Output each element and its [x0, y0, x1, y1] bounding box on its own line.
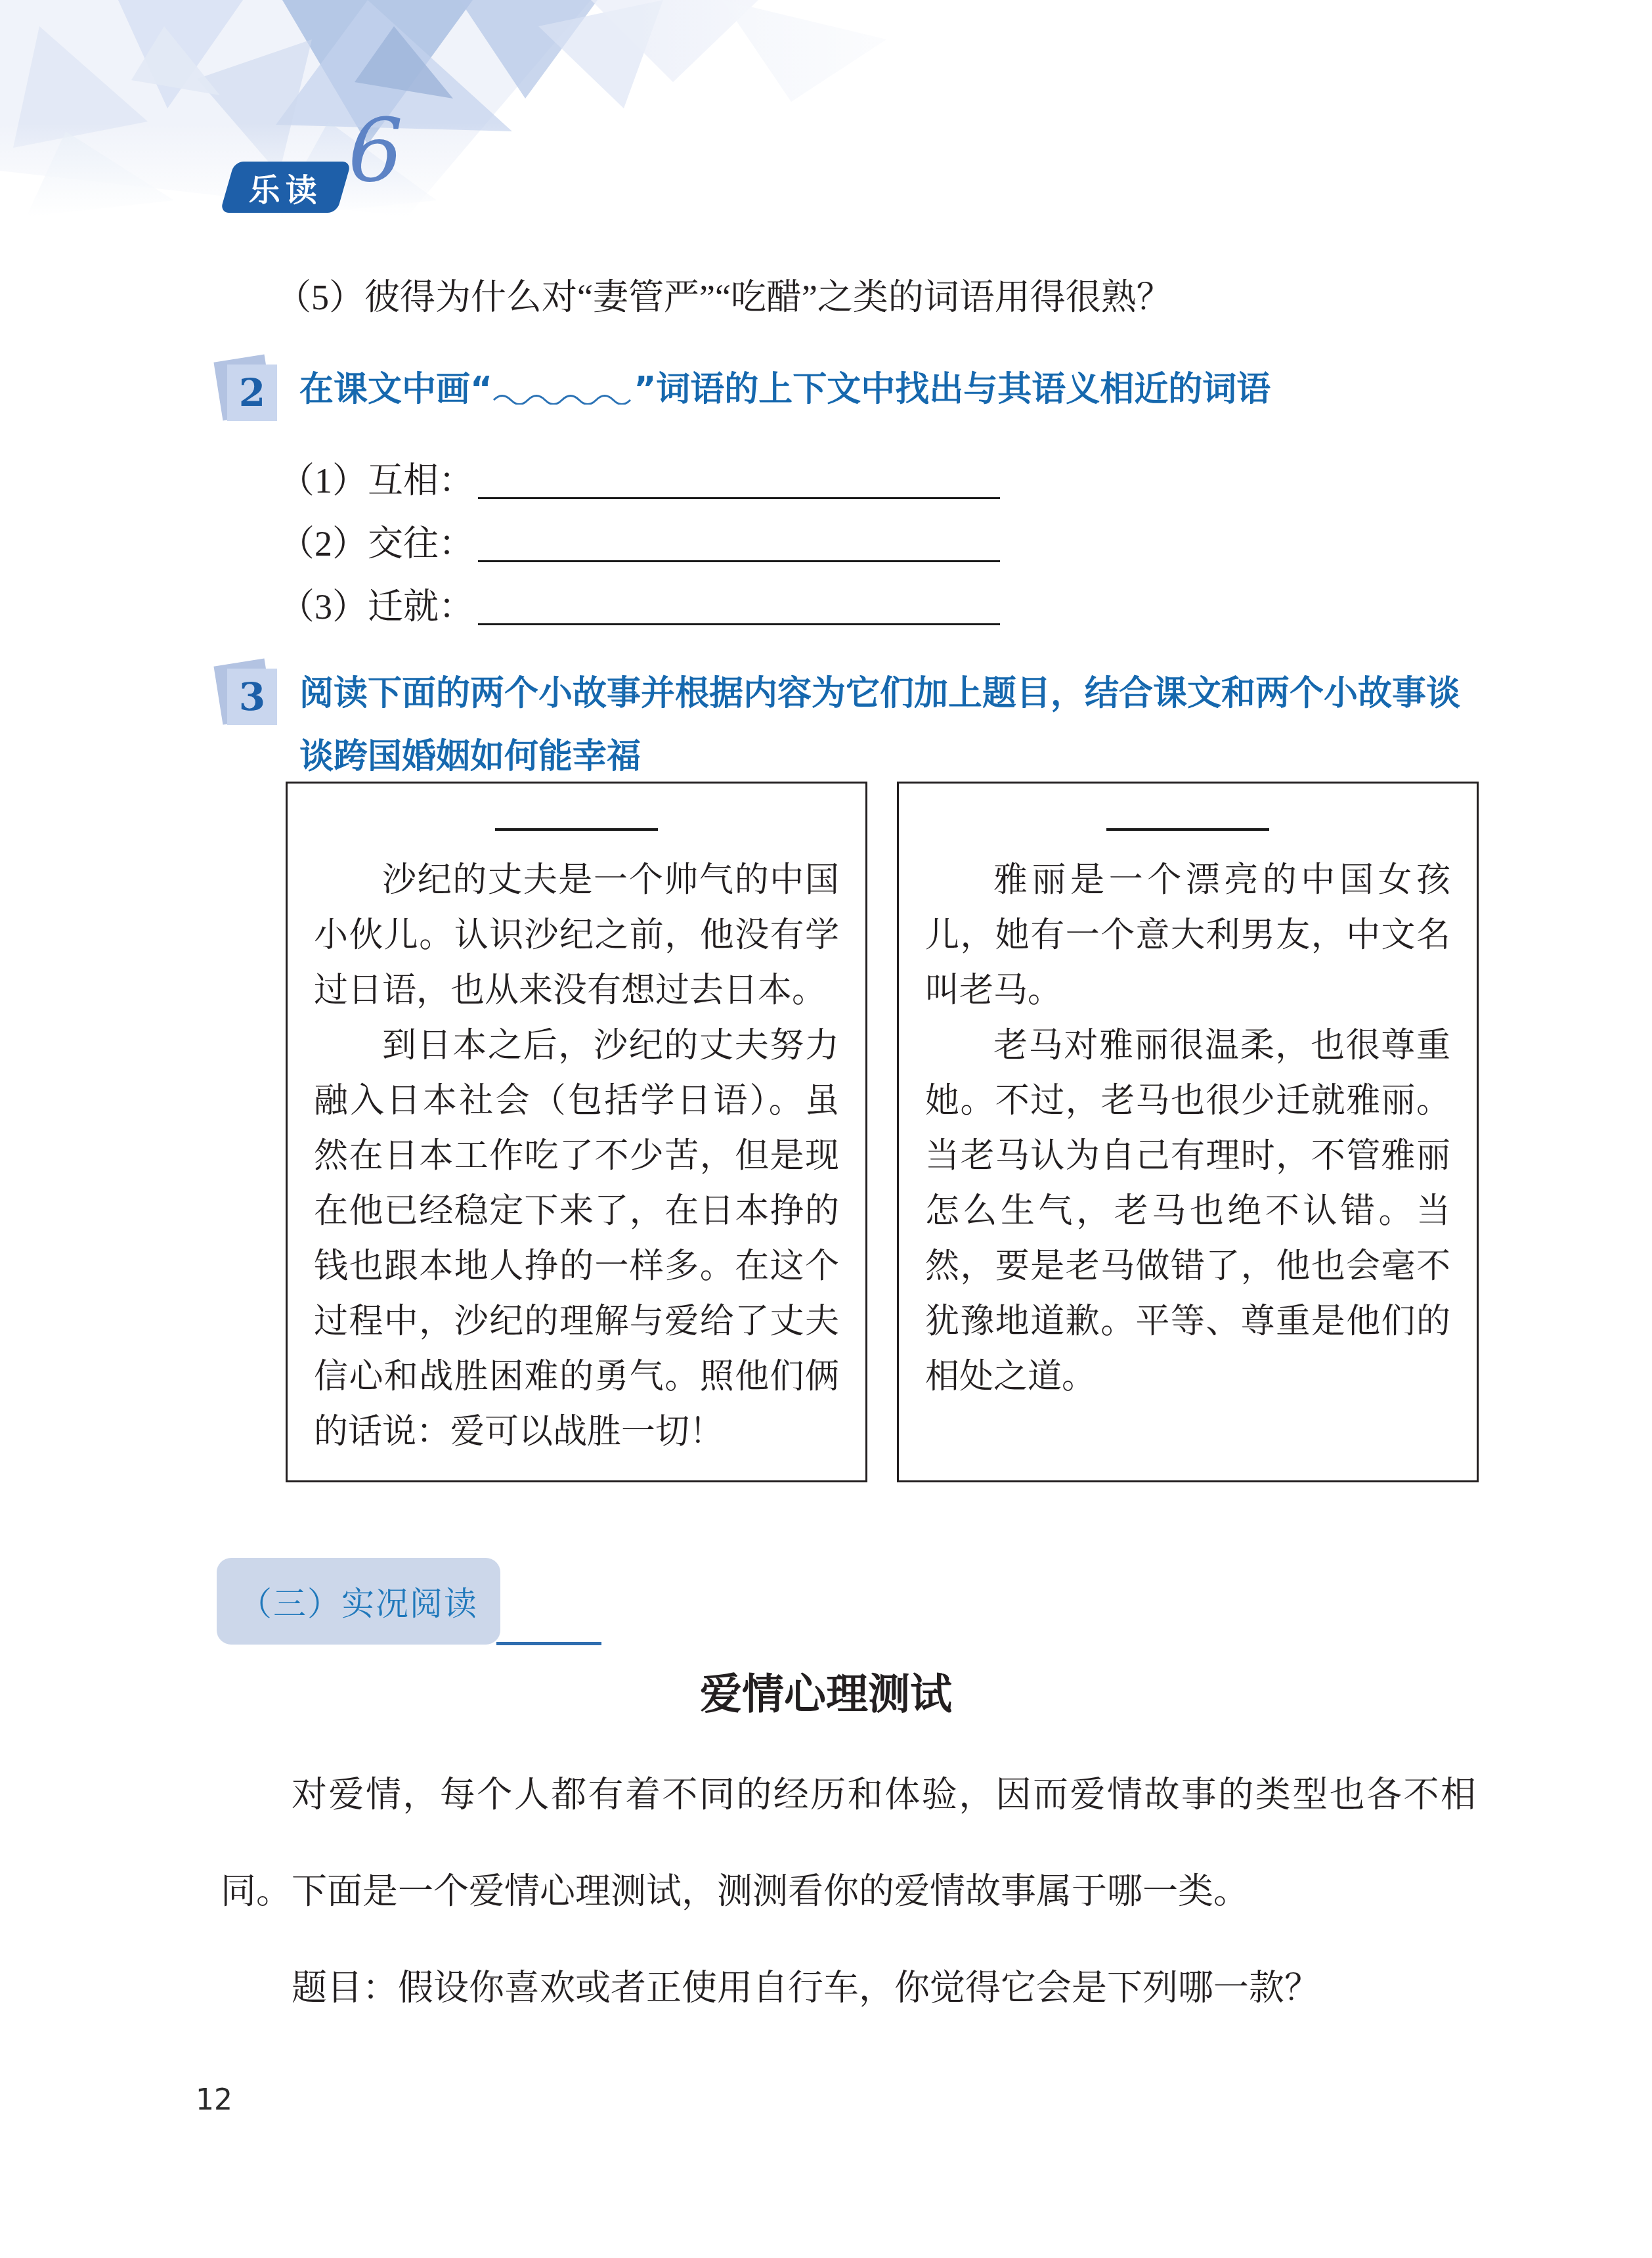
answer-blank-line-2 — [478, 560, 1000, 562]
section-3-heading: 阅读下面的两个小故事并根据内容为它们加上题目，结合课文和两个小故事谈 谈跨国婚姻… — [299, 662, 1460, 788]
question-5: （5）彼得为什么对“妻管严”“吃醋”之类的词语用得很熟？ — [276, 276, 1172, 319]
story-box-right: 雅丽是一个漂亮的中国女孩儿，她有一个意大利男友，中文名叫老马。 老马对雅丽很温柔… — [897, 782, 1479, 1482]
section-3-heading-line2: 谈跨国婚姻如何能幸福 — [299, 725, 1460, 788]
story-boxes: 沙纪的丈夫是一个帅气的中国小伙儿。认识沙纪之前，他没有学过日语，也从来没有想过去… — [286, 782, 1479, 1482]
series-logo: 乐读 6 — [222, 110, 498, 222]
section-3-number: 3 — [239, 675, 265, 719]
section-2-heading-pre: 在课文中画“ — [299, 370, 492, 409]
textbook-page: 乐读 6 （5）彼得为什么对“妻管严”“吃醋”之类的词语用得很熟？ 2 在课文中… — [0, 0, 1652, 2258]
section-2-heading-post: ”词语的上下文中找出与其语义相近的词语 — [634, 370, 1271, 409]
answer-blank-line-3 — [478, 623, 1000, 625]
wavy-underline-blank — [492, 362, 634, 425]
page-number: 12 — [196, 2083, 232, 2117]
fill-in-row-2: （2）交往： — [279, 504, 1000, 567]
story-box-left: 沙纪的丈夫是一个帅气的中国小伙儿。认识沙纪之前，他没有学过日语，也从来没有想过去… — [286, 782, 867, 1482]
series-logo-badge: 乐读 — [220, 162, 351, 213]
story-title-blank-line — [1106, 828, 1269, 831]
section-3-number-badge: 3 — [217, 662, 285, 730]
answer-blank-line-1 — [478, 497, 1000, 499]
right-story-paragraph-1: 雅丽是一个漂亮的中国女孩儿，她有一个意大利男友，中文名叫老马。 — [925, 853, 1450, 1019]
badge-front-square: 3 — [227, 669, 277, 725]
quiz-paragraph-1: 对爱情，每个人都有着不同的经历和体验，因而爱情故事的类型也各不相同。下面是一个爱… — [221, 1747, 1476, 1940]
fill-in-label-3: （3）迁就： — [279, 583, 474, 631]
quiz-title: 爱情心理测试 — [0, 1660, 1652, 1721]
section-2-number-badge: 2 — [217, 358, 285, 426]
fill-in-row-3: （3）迁就： — [279, 567, 1000, 631]
left-story-paragraph-1: 沙纪的丈夫是一个帅气的中国小伙儿。认识沙纪之前，他没有学过日语，也从来没有想过去… — [314, 853, 839, 1019]
left-story-paragraph-2: 到日本之后，沙纪的丈夫努力融入日本社会（包括学日语）。虽然在日本工作吃了不少苦，… — [314, 1019, 839, 1460]
section-2: 2 在课文中画“”词语的上下文中找出与其语义相近的词语 — [217, 358, 1271, 426]
section-3-heading-line1: 阅读下面的两个小故事并根据内容为它们加上题目，结合课文和两个小故事谈 — [299, 662, 1460, 725]
series-logo-text: 乐读 — [249, 165, 322, 210]
series-volume-number: 6 — [348, 108, 403, 194]
story-title-blank-line — [495, 828, 658, 831]
right-story-paragraph-2: 老马对雅丽很温柔，也很尊重她。不过，老马也很少迁就雅丽。当老马认为自己有理时，不… — [925, 1019, 1450, 1405]
section-3: 3 阅读下面的两个小故事并根据内容为它们加上题目，结合课文和两个小故事谈 谈跨国… — [217, 662, 1460, 788]
quiz-body: 对爱情，每个人都有着不同的经历和体验，因而爱情故事的类型也各不相同。下面是一个爱… — [221, 1747, 1476, 2037]
badge-front-square: 2 — [227, 365, 277, 421]
section-2-number: 2 — [239, 370, 265, 415]
reading-section-badge: （三）实况阅读 — [217, 1558, 500, 1645]
section-2-heading: 在课文中画“”词语的上下文中找出与其语义相近的词语 — [299, 358, 1271, 425]
fill-in-row-1: （1）互相： — [279, 441, 1000, 504]
quiz-paragraph-2: 题目：假设你喜欢或者正使用自行车，你觉得它会是下列哪一款？ — [221, 1940, 1476, 2037]
reading-badge-underline — [496, 1642, 601, 1645]
fill-in-label-2: （2）交往： — [279, 520, 474, 567]
fill-in-label-1: （1）互相： — [279, 457, 474, 504]
fill-in-items: （1）互相： （2）交往： （3）迁就： — [279, 441, 1000, 631]
